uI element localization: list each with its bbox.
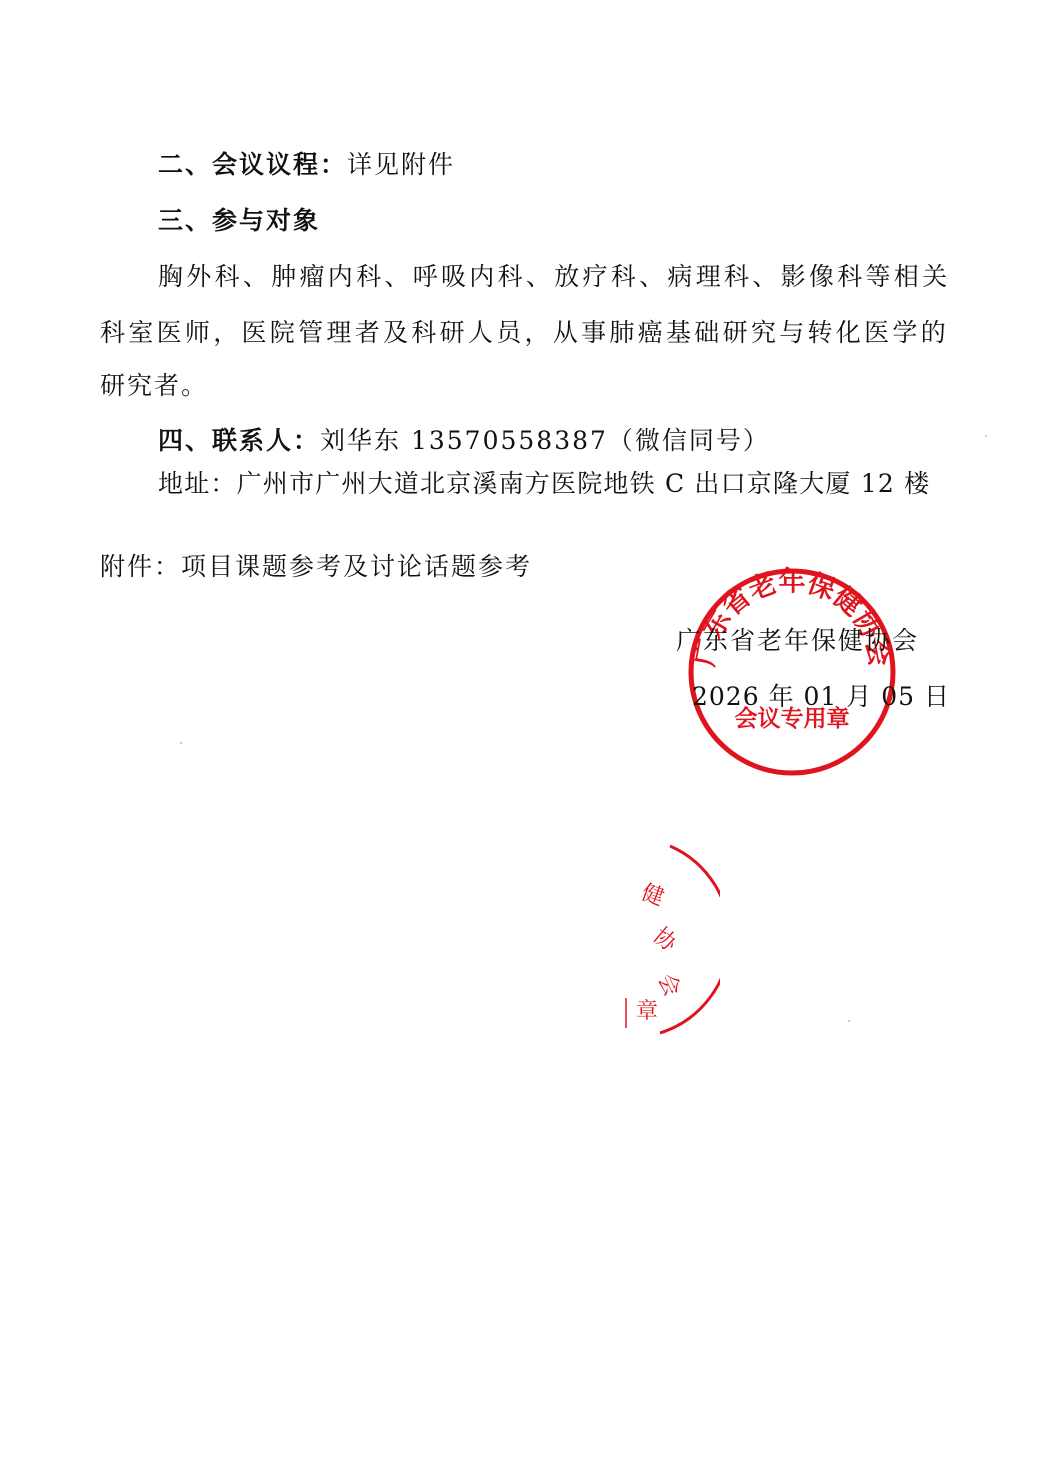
attachment-note: 附件：项目课题参考及讨论话题参考	[100, 547, 532, 583]
svg-text:章: 章	[636, 999, 658, 1024]
section-agenda: 二、会议议程：详见附件	[158, 145, 455, 181]
svg-text:协: 协	[648, 923, 682, 957]
svg-text:健: 健	[638, 880, 667, 911]
address: 地址：广州市广州大道北京溪南方医院地铁 C 出口京隆大厦 12 楼	[158, 464, 930, 500]
section-contact: 四、联系人：刘华东 13570558387（微信同号）	[158, 421, 770, 457]
contact-text: 刘华东 13570558387（微信同号）	[320, 426, 770, 455]
signature-organization: 广东省老年保健协会	[676, 621, 919, 657]
section-participants-heading: 三、参与对象	[158, 201, 320, 237]
svg-text:会: 会	[653, 970, 685, 1001]
scan-speck	[985, 435, 987, 437]
section-heading: 二、会议议程：	[158, 150, 347, 179]
scan-speck	[180, 742, 182, 744]
participants-line-3: 研究者。	[100, 366, 208, 402]
signature-date: 2026 年 01 月 05 日	[692, 677, 950, 713]
participants-line-1: 胸外科、肿瘤内科、呼吸内科、放疗科、病理科、影像科等相关	[158, 257, 950, 293]
partial-seal-icon: 健 协 会 章	[610, 838, 720, 1038]
section-text: 详见附件	[347, 150, 455, 179]
scan-speck	[848, 1020, 850, 1022]
official-seal-icon: 广东省老年保健协会 会议专用章	[686, 566, 898, 778]
participants-line-2: 科室医师，医院管理者及科研人员，从事肺癌基础研究与转化医学的	[100, 313, 949, 349]
contact-heading: 四、联系人：	[158, 426, 320, 455]
